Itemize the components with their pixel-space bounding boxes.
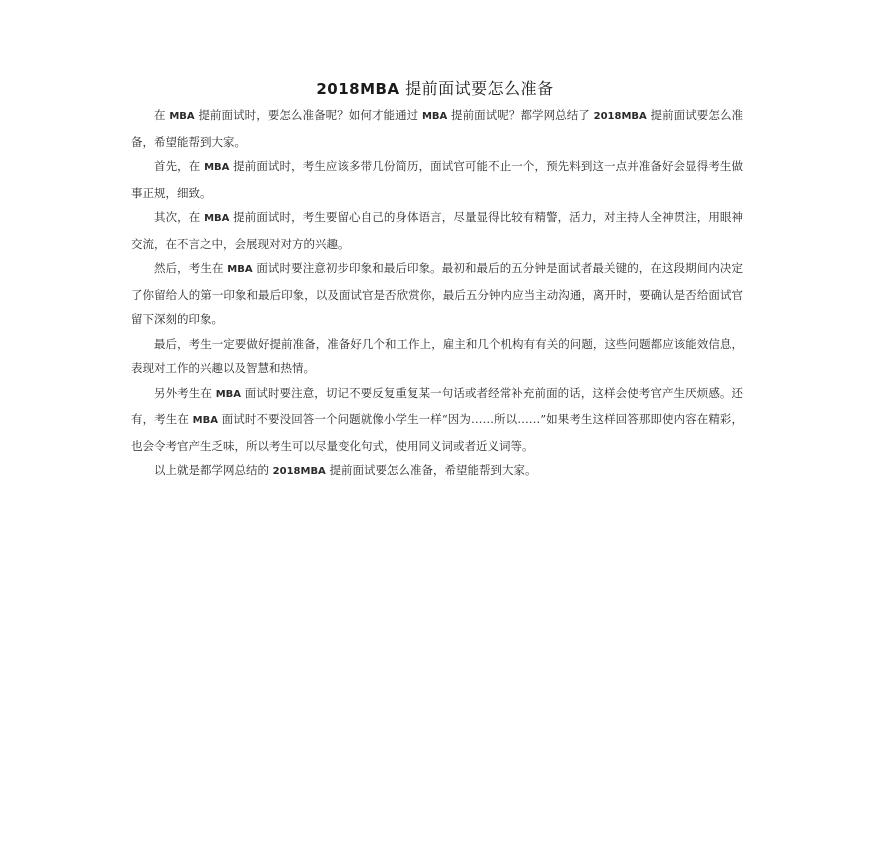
document-body: 在 MBA 提前面试时，要怎么准备呢？如何才能通过 MBA 提前面试呢？都学网总… bbox=[131, 103, 743, 485]
paragraph-additionally: 另外考生在 MBA 面试时要注意，切记不要反复重复某一句话或者经常补充前面的话，… bbox=[131, 381, 743, 459]
paragraph-first: 首先，在 MBA 提前面试时，考生应该多带几份简历，面试官可能不止一个，预先料到… bbox=[131, 154, 743, 205]
paragraph-then: 然后，考生在 MBA 面试时要注意初步印象和最后印象。最初和最后的五分钟是面试者… bbox=[131, 256, 743, 332]
paragraph-conclusion: 以上就是都学网总结的 2018MBA 提前面试要怎么准备，希望能帮到大家。 bbox=[131, 458, 743, 485]
paragraph-finally: 最后，考生一定要做好提前准备，准备好几个和工作上，雇主和几个机构有有关的问题，这… bbox=[131, 332, 743, 381]
paragraph-intro: 在 MBA 提前面试时，要怎么准备呢？如何才能通过 MBA 提前面试呢？都学网总… bbox=[131, 103, 743, 154]
document-page: 2018MBA 提前面试要怎么准备 在 MBA 提前面试时，要怎么准备呢？如何才… bbox=[0, 0, 870, 842]
paragraph-second: 其次，在 MBA 提前面试时，考生要留心自己的身体语言，尽量显得比较有精警，活力… bbox=[131, 205, 743, 256]
document-title: 2018MBA 提前面试要怎么准备 bbox=[0, 76, 870, 99]
